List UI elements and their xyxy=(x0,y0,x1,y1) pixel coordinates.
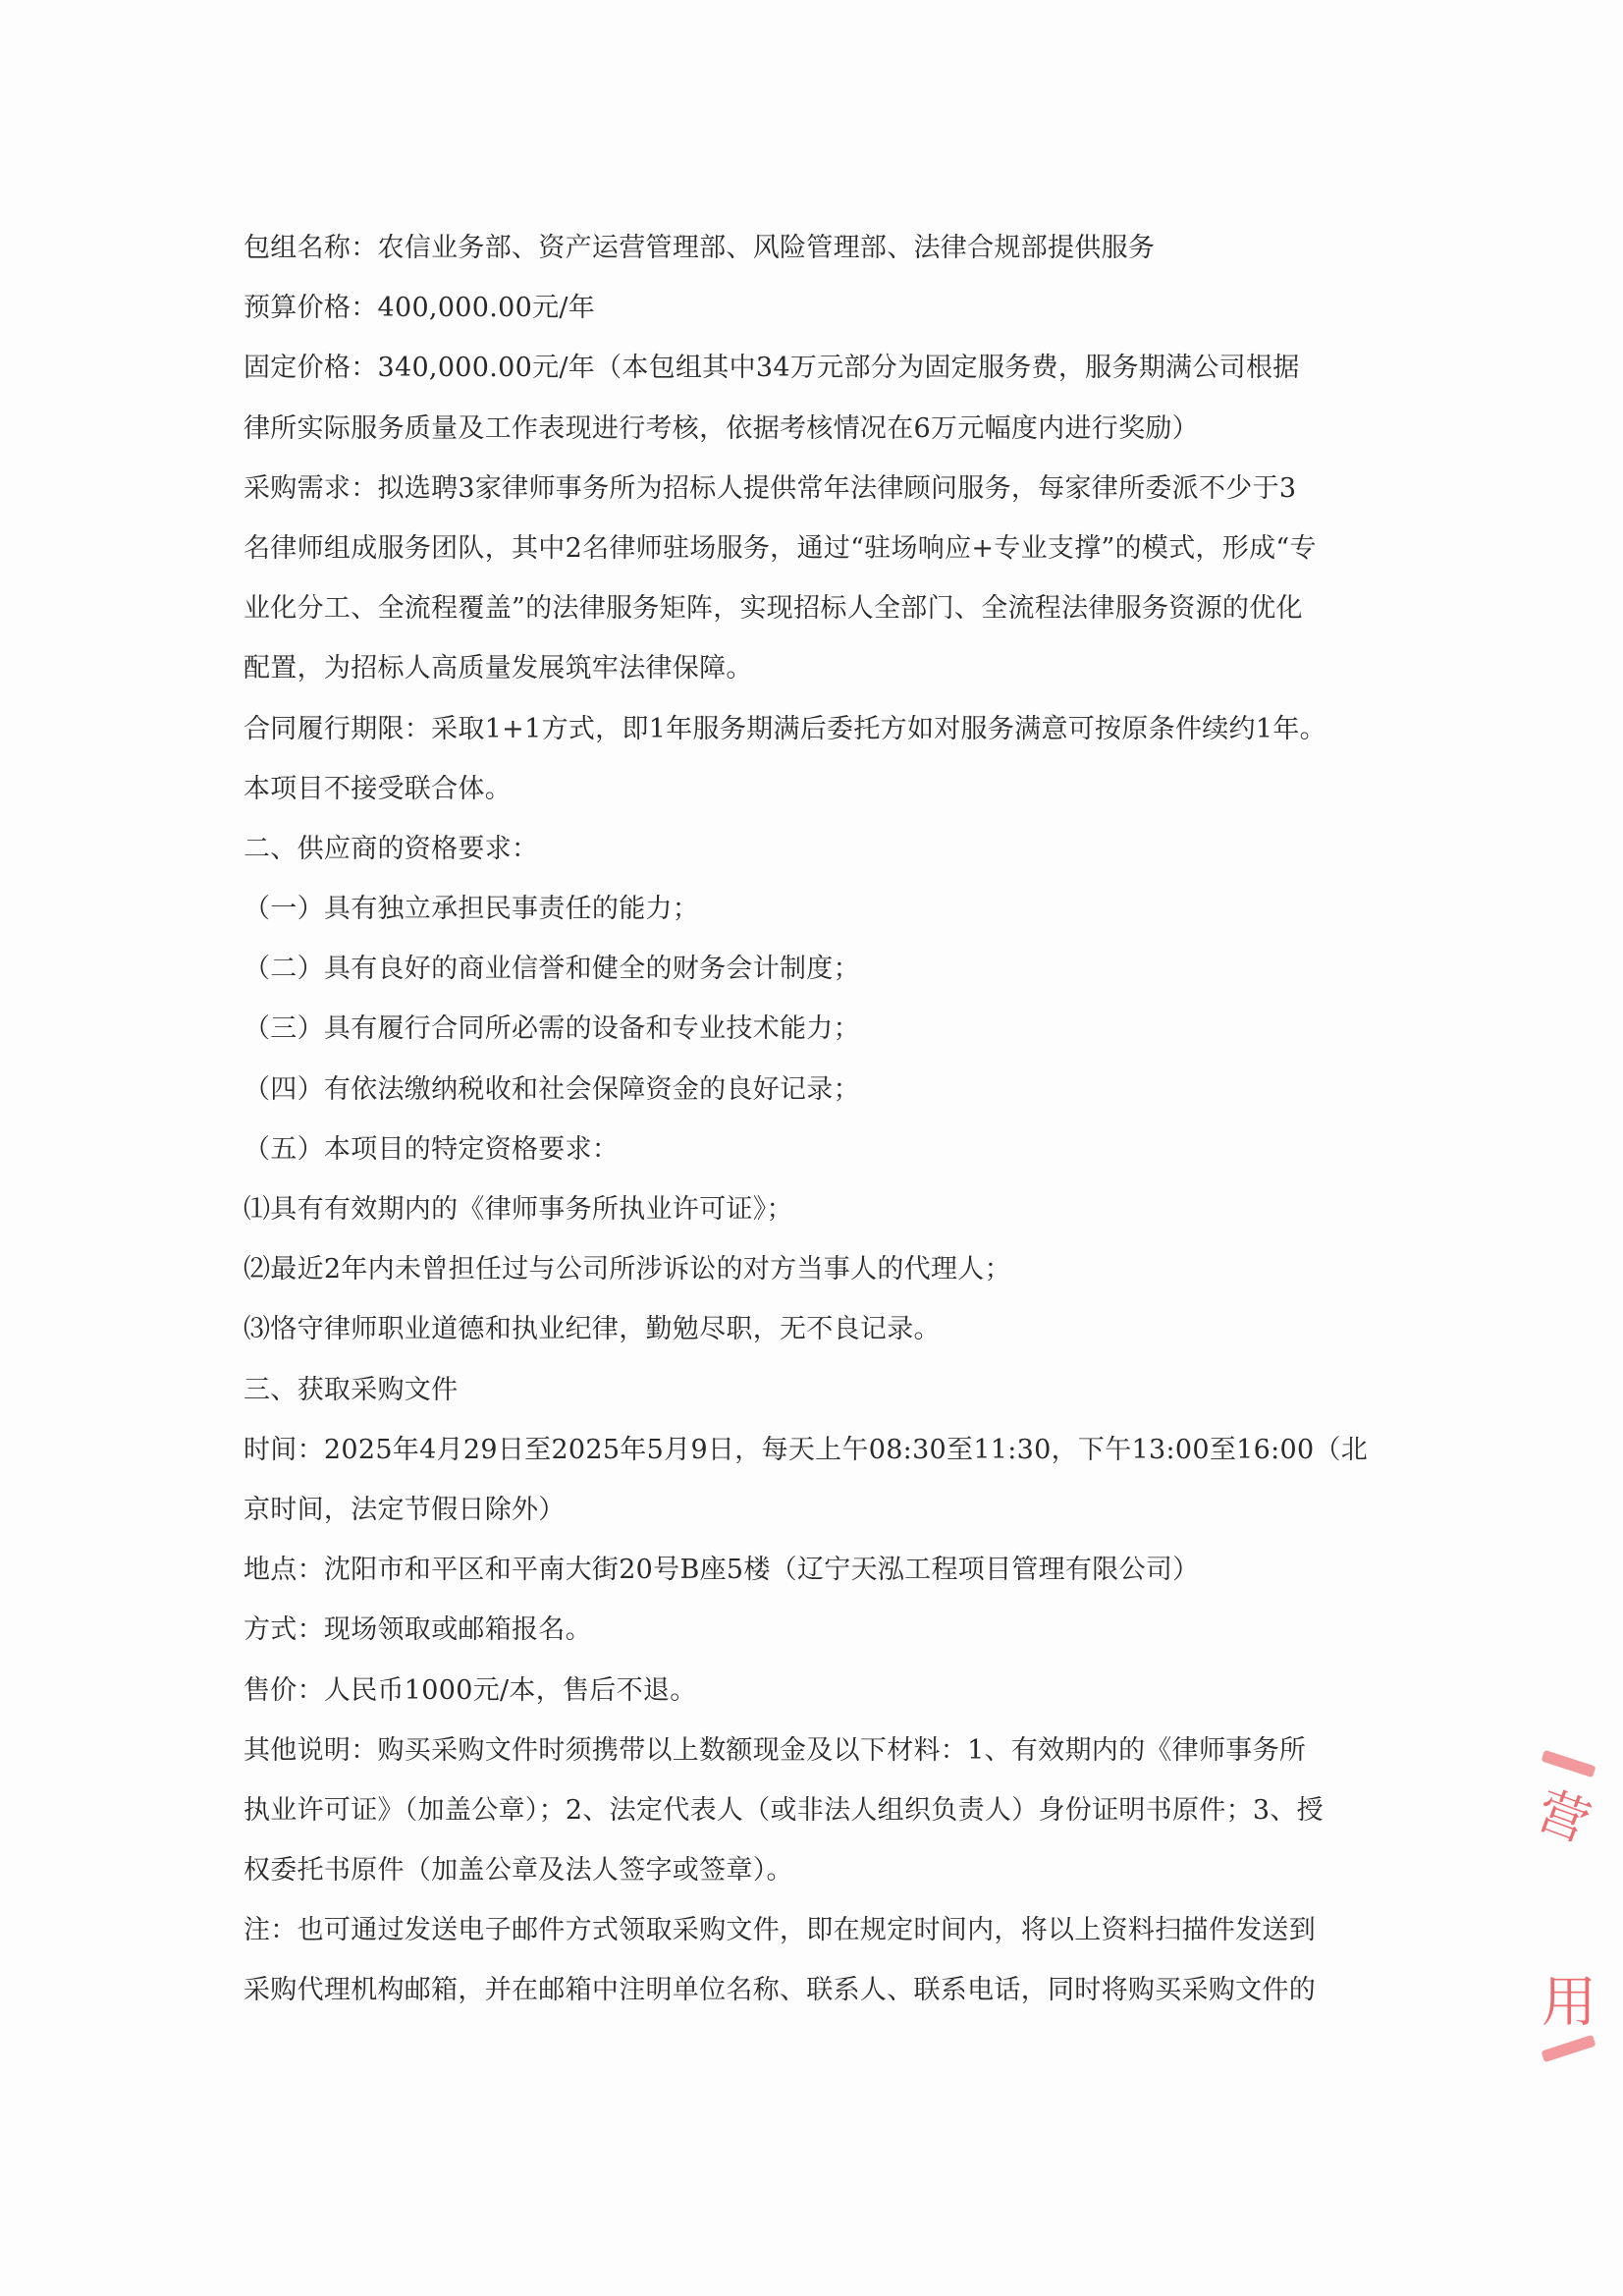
package-name-line: 包组名称：农信业务部、资产运营管理部、风险管理部、法律合规部提供服务 xyxy=(243,218,1333,278)
specific-qualification-item: ⑶恪守律师职业道德和执业纪律，勤勉尽职，无不良记录。 xyxy=(243,1299,1333,1359)
other-notes-line-cont: 权委托书原件（加盖公章及法人签字或签章）。 xyxy=(243,1840,1333,1900)
budget-price-line: 预算价格：400,000.00元/年 xyxy=(243,278,1333,338)
qualification-item: （四）有依法缴纳税收和社会保障资金的良好记录； xyxy=(243,1060,1333,1120)
contract-term-line: 合同履行期限：采取1+1方式，即1年服务期满后委托方如对服务满意可按原条件续约1… xyxy=(243,699,1333,759)
method-line: 方式：现场领取或邮箱报名。 xyxy=(243,1600,1333,1660)
seal-char-bottom: 用 xyxy=(1542,1959,1596,2038)
price-line: 售价：人民币1000元/本，售后不退。 xyxy=(243,1661,1333,1721)
specific-qualification-item: ⑴具有有效期内的《律师事务所执业许可证》； xyxy=(243,1179,1333,1239)
section-heading-supplier-qualifications: 二、供应商的资格要求： xyxy=(243,819,1333,879)
document-body: 包组名称：农信业务部、资产运营管理部、风险管理部、法律合规部提供服务 预算价格：… xyxy=(243,218,1333,2021)
seal-arc-bottom xyxy=(1541,2035,1596,2062)
time-line-cont: 京时间，法定节假日除外） xyxy=(243,1480,1333,1540)
fixed-price-line: 固定价格：340,000.00元/年（本包组其中34万元部分为固定服务费，服务期… xyxy=(243,338,1333,398)
procurement-requirement-line: 采购需求：拟选聘3家律师事务所为招标人提供常年法律顾问服务，每家律所委派不少于3 xyxy=(243,459,1333,519)
other-notes-line: 其他说明：购买采购文件时须携带以上数额现金及以下材料：1、有效期内的《律师事务所 xyxy=(243,1721,1333,1780)
no-consortium-line: 本项目不接受联合体。 xyxy=(243,759,1333,819)
procurement-requirement-line-cont: 配置，为招标人高质量发展筑牢法律保障。 xyxy=(243,638,1333,698)
fixed-price-line-cont: 律所实际服务质量及工作表现进行考核，依据考核情况在6万元幅度内进行奖励） xyxy=(243,399,1333,459)
qualification-item: （五）本项目的特定资格要求： xyxy=(243,1120,1333,1179)
seal-char-top: 营 xyxy=(1529,1769,1602,1855)
document-page: 包组名称：农信业务部、资产运营管理部、风险管理部、法律合规部提供服务 预算价格：… xyxy=(0,0,1623,2296)
note-line: 注：也可通过发送电子邮件方式领取采购文件，即在规定时间内，将以上资料扫描件发送到 xyxy=(243,1900,1333,1960)
qualification-item: （三）具有履行合同所必需的设备和专业技术能力； xyxy=(243,999,1333,1059)
qualification-item: （二）具有良好的商业信誉和健全的财务会计制度； xyxy=(243,939,1333,999)
official-seal-stamp: 营 用 xyxy=(1532,1748,1623,2072)
note-line-cont: 采购代理机构邮箱，并在邮箱中注明单位名称、联系人、联系电话，同时将购买采购文件的 xyxy=(243,1960,1333,2020)
time-line: 时间：2025年4月29日至2025年5月9日，每天上午08:30至11:30，… xyxy=(243,1420,1333,1480)
procurement-requirement-line-cont: 名律师组成服务团队，其中2名律师驻场服务，通过“驻场响应+专业支撑”的模式，形成… xyxy=(243,519,1333,578)
specific-qualification-item: ⑵最近2年内未曾担任过与公司所涉诉讼的对方当事人的代理人； xyxy=(243,1239,1333,1299)
procurement-requirement-line-cont: 业化分工、全流程覆盖”的法律服务矩阵，实现招标人全部门、全流程法律服务资源的优化 xyxy=(243,578,1333,638)
qualification-item: （一）具有独立承担民事责任的能力； xyxy=(243,879,1333,939)
location-line: 地点：沈阳市和平区和平南大街20号B座5楼（辽宁天泓工程项目管理有限公司） xyxy=(243,1540,1333,1600)
other-notes-line-cont: 执业许可证》（加盖公章）；2、法定代表人（或非法人组织负责人）身份证明书原件；3… xyxy=(243,1780,1333,1840)
section-heading-obtain-documents: 三、获取采购文件 xyxy=(243,1360,1333,1420)
